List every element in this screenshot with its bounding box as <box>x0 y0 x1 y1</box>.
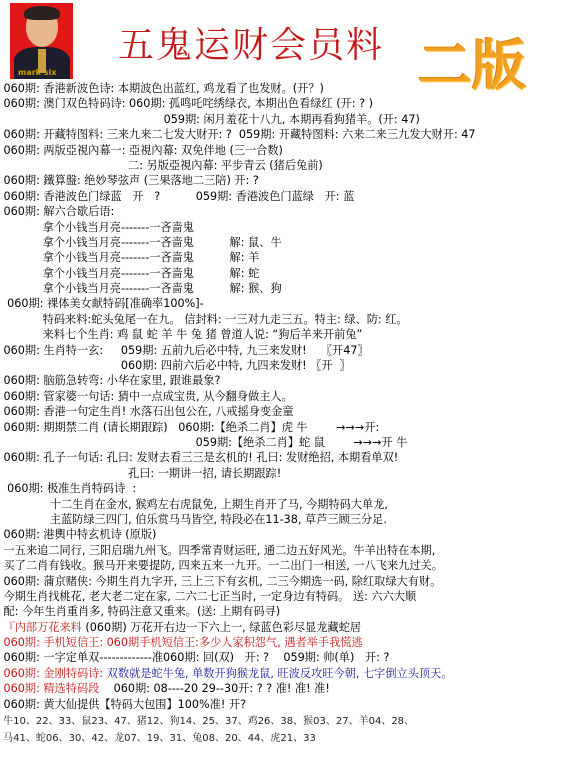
line: 060期: 蒲京赌侠: 今期生肖九字开, 三上三下有玄机, 二三今期选一码, 除… <box>0 574 573 589</box>
line: 二: 另版亞視內幕: 平步青云 (猪后兔前) <box>0 158 573 173</box>
segment-label: 060期: 精选特码段 <box>0 682 99 695</box>
line: 买了二肖有钱收。猴马开来要提防, 四来五来一九开。一二出门一相送, 一八飞来九过… <box>0 558 573 573</box>
line: 060期: 孔子一句话: 孔曰: 发财去看三三是玄机的! 孔曰: 发财绝招, 本… <box>0 450 573 465</box>
line: 060期: 脑筋急转弯: 小华在家里, 跟谁最象? <box>0 373 573 388</box>
line: 配: 今年生肖重肖多, 特码注意又重来。(送: 上期有码寻) <box>0 604 573 619</box>
line-rest: (060期) 万花开右边一下六上一, 绿蓝色彩尽显龙藏蛇居 <box>82 621 361 634</box>
poem-text: 双数就是蛇牛兔, 单数开狗猴龙鼠, 旺波反攻旺今朝, 七字倒立头顶天。 <box>103 667 452 680</box>
line: 拿个小钱当月亮-------一吝啬鬼 解: 猴、狗 <box>0 281 573 296</box>
line: 拿个小钱当月亮-------一吝啬鬼 <box>0 220 573 235</box>
line: 060期: 香港新波色诗: 本期波色出蓝红, 鸡龙看了也发财。(开？) <box>0 81 573 96</box>
poem-label: 060期: 金刚特码诗: <box>0 667 103 680</box>
line: 060期: 生肖特一玄: 059期: 五前九后必中特, 九三来发财! 〖开47〗 <box>0 343 573 358</box>
number-row: 马41、蛇06、30、42、龙07、19、31、兔08、20、44、虎21、33 <box>0 731 573 746</box>
photo-hair <box>24 6 60 20</box>
segment-text: 060期: 08----20 29--30开: ? ? 准! 准! 准! <box>99 682 329 695</box>
line: 拿个小钱当月亮-------一吝啬鬼 解: 羊 <box>0 250 573 265</box>
line: 孔曰: 一期讲一招, 请长期跟踪! <box>0 466 573 481</box>
line: 060期: 黄大仙提供【特码大包围】100%准! 开? <box>0 697 573 712</box>
line: 060期: 期期禁二肖 (请长期跟踪) 060期:【绝杀二肖】虎 牛 →→→开: <box>0 420 573 435</box>
line: 今期生肖找桃花, 老大老二定在家, 二六二七正当时, 一定身边有特码。 送: 六… <box>0 589 573 604</box>
line: 060期: 极准生肖特码诗 : <box>0 481 573 496</box>
line: 060期: 澳门双色特码诗: 060期: 孤鸣吒咤绣绿衣, 本期出色看绿红 (开… <box>0 96 573 111</box>
photo-caption: mark six <box>18 68 56 77</box>
line-highlight: 060期: 精选特码段 060期: 08----20 29--30开: ? ? … <box>0 681 573 696</box>
line: 十二生肖在金水, 猴鸡左右虎鼠免, 上期生肖开了马, 今期特码大单龙, <box>0 497 573 512</box>
line: 060期: 解六合歇后语: <box>0 204 573 219</box>
line-highlight: 060期: 金刚特码诗: 双数就是蛇牛兔, 单数开狗猴龙鼠, 旺波反攻旺今朝, … <box>0 666 573 681</box>
line: 060期: 香港波色门绿蓝 开 ? 059期: 香港波色门蓝绿 开: 蓝 <box>0 189 573 204</box>
line: 060期: 香港一句定生肖! 水落石出包公在, 八戒摇身变金童 <box>0 404 573 419</box>
avatar-photo: mark six <box>10 3 73 79</box>
line: 060期: 四前六后必中特, 九四来发财! 〖开 〗 <box>0 358 573 373</box>
line: 059期:【绝杀二肖】蛇 鼠 →→→开 牛 <box>0 435 573 450</box>
line: 060期: 两版亞視內幕一: 亞視內幕: 双免伴地 (三一合数) <box>0 143 573 158</box>
line-highlight: 『内部万花来料 (060期) 万花开右边一下六上一, 绿蓝色彩尽显龙藏蛇居 <box>0 620 573 635</box>
line: 060期: 港輿中特玄机诗 (原版) <box>0 527 573 542</box>
line: 060期: 开藏特图料: 三来九来二七发大财开: ? 059期: 开藏特图料: … <box>0 127 573 142</box>
line: 特码来料:蛇头兔尾一在九。 信封料: 一三对九走三五。特主: 绿、防: 红。 <box>0 312 573 327</box>
line: 060期: 一字定单双-------------准060期: 回(双) 开: ?… <box>0 650 573 665</box>
line: 060期: 鐵算盤: 绝妙琴弦声 (三果落地二三陪) 开: ? <box>0 173 573 188</box>
content-body: 060期: 香港新波色诗: 本期波色出蓝红, 鸡龙看了也发财。(开？) 060期… <box>0 81 573 747</box>
line: 拿个小钱当月亮-------一吝啬鬼 解: 蛇 <box>0 266 573 281</box>
inner-source-label: 『内部万花来料 <box>0 621 82 634</box>
line: 主蓝防绿三四门, 伯乐赏马马皆空, 特段必在11-38, 草芦三顾三分足. <box>0 512 573 527</box>
line: 060期: 管家婆一句话: 猜中一点成宝贵, 从今翻身做主人。 <box>0 389 573 404</box>
number-row: 牛10、22、33、鼠23、47、猪12、狗14、25、37、鸡26、38、猴0… <box>0 714 573 729</box>
page-title: 五鬼运财会员料 <box>118 26 384 66</box>
line: 拿个小钱当月亮-------一吝啬鬼 解: 鼠、牛 <box>0 235 573 250</box>
line: 060期: 裸体美女献特码[准确率100%]- <box>0 296 573 311</box>
line-highlight: 060期: 手机短信王: 060期手机短信王:多少人家积怨气, 遇者举手我慌逃 <box>0 635 573 650</box>
line: 来料七个生肖: 鸡 鼠 蛇 羊 牛 兔 猪 曾道人说: “狗后羊来开前兔” <box>0 327 573 342</box>
line: 一五来追二同行, 三阳启瑞九州飞。四季常青财运旺, 通二边五好风光。牛羊出特在本… <box>0 543 573 558</box>
line: 059期: 闲月羞花十八九, 本期再看狗猪羊。(开: 47) <box>0 112 573 127</box>
